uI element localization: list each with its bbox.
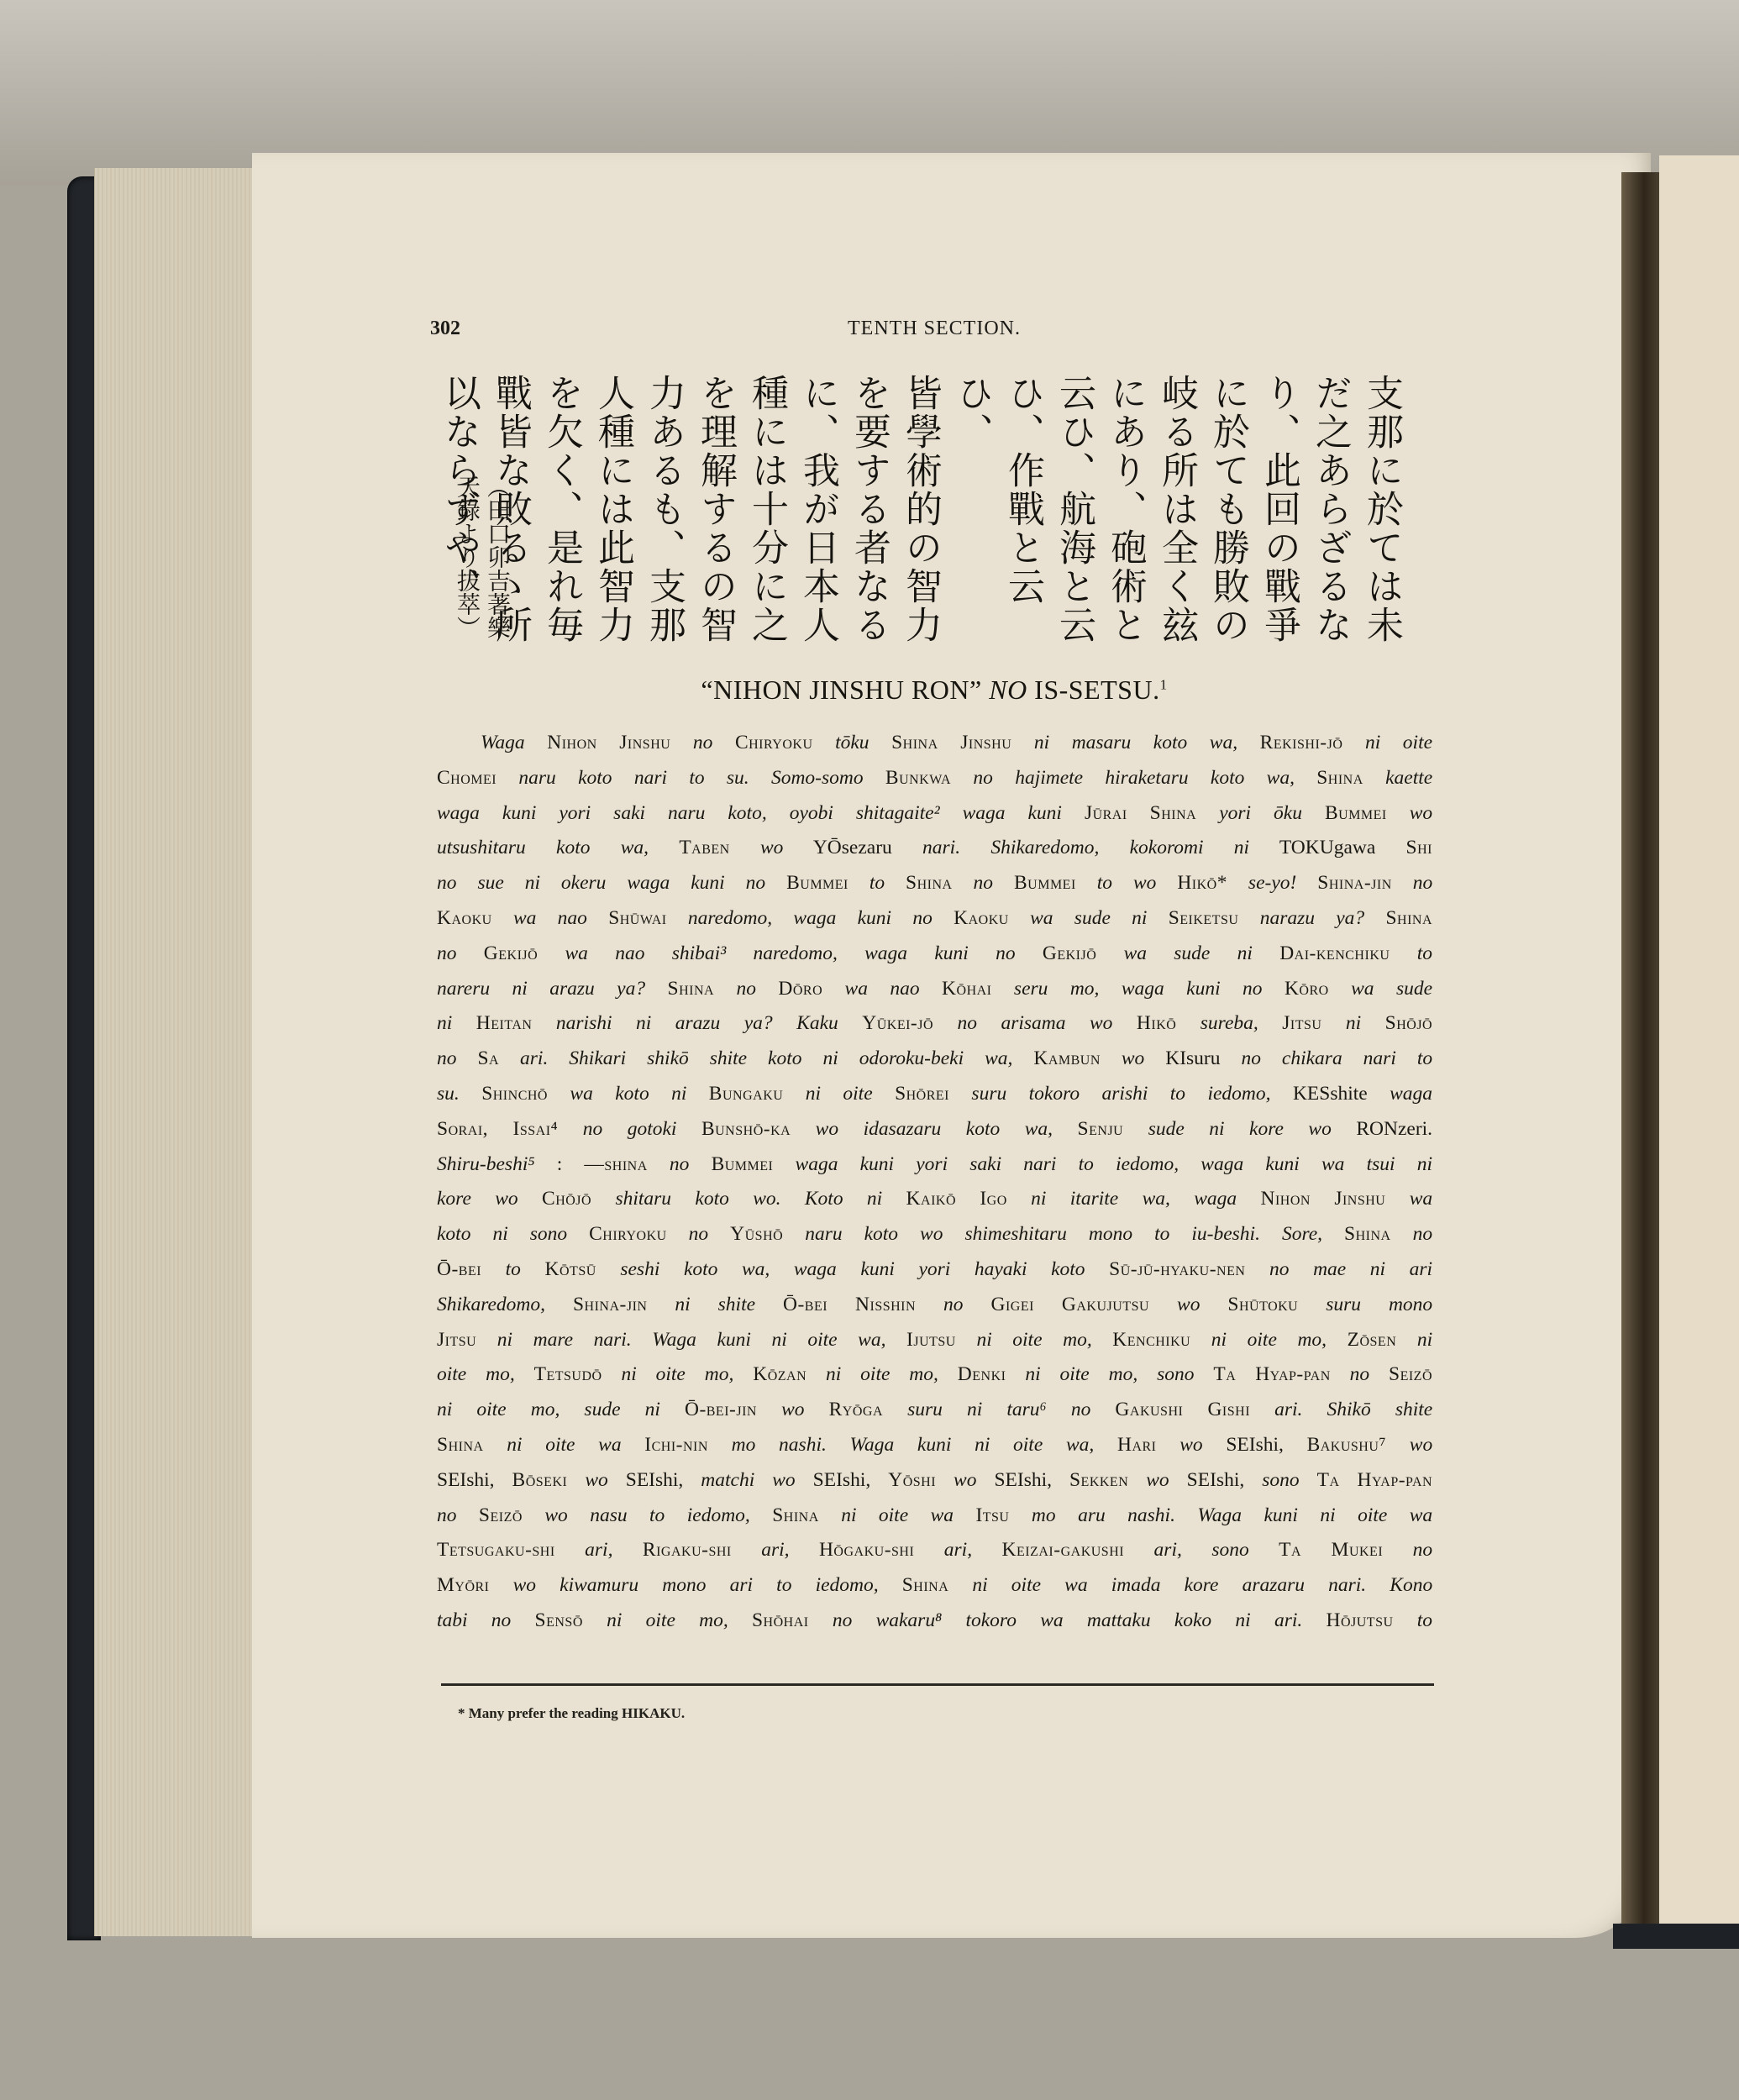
japanese-column: り、此回の戰爭	[1253, 374, 1305, 651]
heading-main: “NIHON JINSHU RON”	[701, 675, 981, 705]
body-line: Shikaredomo, Shina-jin ni shite Ō-bei Ni…	[437, 1288, 1432, 1323]
japanese-column: に、我が日本人	[792, 374, 843, 651]
japanese-source-attribution: （田口卯吉著樂天錄より拔萃）	[452, 475, 512, 647]
body-line: Kaoku wa nao Shūwai naredomo, waga kuni …	[437, 901, 1432, 937]
body-line: no Seizō wo nasu to iedomo, Shina ni oit…	[437, 1499, 1432, 1534]
japanese-column: 岐る所は全く玆	[1151, 374, 1202, 651]
japanese-column: ひ、作戰と云ひ、	[946, 374, 1048, 651]
body-line: kore wo Chōjō shitaru koto wo. Koto ni K…	[437, 1182, 1432, 1217]
japanese-column: を要する者なる	[843, 374, 895, 651]
body-line: ni Heitan narishi ni arazu ya? Kaku Yūke…	[437, 1006, 1432, 1042]
book-cover-corner	[1613, 1924, 1739, 1949]
page-edges	[94, 168, 255, 1936]
body-line: su. Shinchō wa koto ni Bungaku ni oite S…	[437, 1077, 1432, 1112]
body-line: utsushitaru koto wa, Taben wo YŌsezaru n…	[437, 831, 1432, 866]
japanese-column: を欠く、是れ毎	[536, 374, 587, 651]
japanese-column: 皆學術的の智力	[895, 374, 946, 651]
japanese-column: 種には十分に之	[741, 374, 792, 651]
body-line: Chomei naru koto nari to su. Somo-somo B…	[437, 761, 1432, 796]
body-line: Tetsugaku-shi ari, Rigaku-shi ari, Hōgak…	[437, 1533, 1432, 1568]
body-line: Shina ni oite wa Ichi-nin mo nashi. Waga…	[437, 1428, 1432, 1463]
japanese-column: にあり、砲術と	[1100, 374, 1151, 651]
facing-page-edge	[1659, 155, 1739, 1928]
body-line: Sorai, Issai⁴ no gotoki Bunshō-ka wo ida…	[437, 1112, 1432, 1147]
heading-end: IS-SETSU.	[1034, 675, 1159, 705]
running-head: 302 TENTH SECTION.	[430, 318, 1438, 351]
body-line: Shiru-beshi⁵ : —shina no Bummei waga kun…	[437, 1147, 1432, 1183]
heading-italic: NO	[989, 675, 1027, 705]
body-line: Ō-bei to Kōtsū seshi koto wa, waga kuni …	[437, 1252, 1432, 1288]
source-attribution-line: 天錄より拔萃）	[452, 475, 482, 647]
body-line: waga kuni yori saki naru koto, oyobi shi…	[437, 796, 1432, 832]
japanese-vertical-text: 支那に於ては未だ之あらざるなり、此回の戰爭に於ても勝敗の岐る所は全く玆にあり、砲…	[433, 374, 1407, 651]
footnote-divider	[441, 1683, 1434, 1686]
body-line: no sue ni okeru waga kuni no Bummei to S…	[437, 866, 1432, 901]
heading-footnote-marker: 1	[1160, 676, 1168, 692]
footnote: * Many prefer the reading HIKAKU.	[458, 1705, 685, 1722]
japanese-column: 力あるも、支那	[638, 374, 690, 651]
book-gutter	[1621, 172, 1659, 1945]
source-attribution-line: （田口卯吉著樂	[482, 475, 512, 647]
body-line: nareru ni arazu ya? Shina no Dōro wa nao…	[437, 972, 1432, 1007]
romanized-heading: “NIHON JINSHU RON” NO IS-SETSU.1	[430, 675, 1438, 706]
body-line: ni oite mo, sude ni Ō-bei-jin wo Ryōga s…	[437, 1393, 1432, 1428]
japanese-column: だ之あらざるな	[1305, 374, 1356, 651]
body-line: oite mo, Tetsudō ni oite mo, Kōzan ni oi…	[437, 1357, 1432, 1393]
japanese-column: を理解するの智	[690, 374, 741, 651]
body-line: tabi no Sensō ni oite mo, Shōhai no waka…	[437, 1604, 1432, 1639]
japanese-column: に於ても勝敗の	[1202, 374, 1253, 651]
japanese-column: 人種には此智力	[587, 374, 638, 651]
body-line: SEIshi, Bōseki wo SEIshi, matchi wo SEIs…	[437, 1463, 1432, 1499]
body-line: Jitsu ni mare nari. Waga kuni ni oite wa…	[437, 1323, 1432, 1358]
body-line: Myōri wo kiwamuru mono ari to iedomo, Sh…	[437, 1568, 1432, 1604]
body-line: no Gekijō wa nao shibai³ naredomo, waga …	[437, 937, 1432, 972]
body-line: Waga Nihon Jinshu no Chiryoku tōku Shina…	[437, 726, 1432, 761]
section-title: TENTH SECTION.	[430, 318, 1438, 340]
body-line: no Sa ari. Shikari shikō shite koto ni o…	[437, 1042, 1432, 1077]
romanized-body: Waga Nihon Jinshu no Chiryoku tōku Shina…	[437, 726, 1432, 1639]
japanese-column: 云ひ、航海と云	[1048, 374, 1100, 651]
body-line: koto ni sono Chiryoku no Yūshō naru koto…	[437, 1217, 1432, 1252]
japanese-column: 支那に於ては未	[1356, 374, 1407, 651]
